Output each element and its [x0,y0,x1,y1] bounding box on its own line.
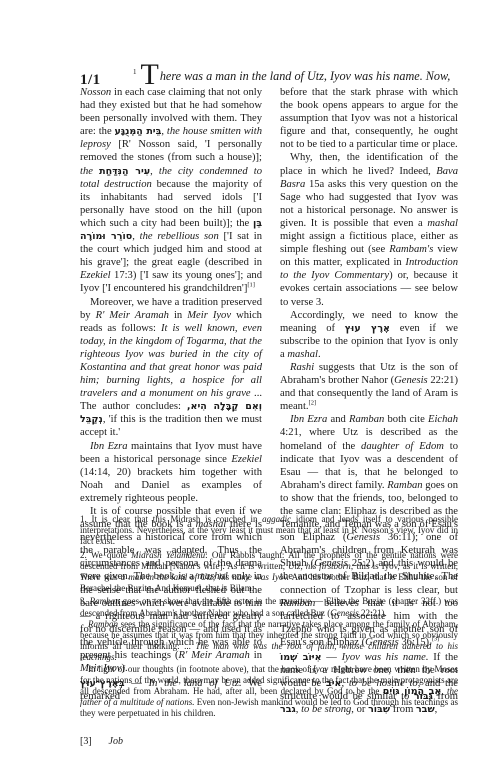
text: Ezekiel [80,270,111,281]
footnote-3-continued-2: In light of our thoughts (in footnote ab… [80,664,458,720]
text: . [318,349,321,360]
text: Rambam's [389,244,433,255]
text: in [169,310,187,321]
hebrew-term: עִיר הַנִּדַּחַת [99,166,150,177]
text: mashal [287,349,318,360]
text: both cite [384,414,428,425]
text: mashal [427,218,458,229]
text: Ramban [88,619,118,629]
footnote-3: 3. Ramban goes on to show that the fifth… [80,596,458,618]
text: Ibn Ezra [290,414,327,425]
paragraph-meaning: Accordingly, we need to know the meaning… [280,309,458,361]
footnotes-section: 1. It is clear that this Midrash is couc… [80,514,458,720]
text: the rebellious son [140,231,219,242]
text: , 'if this is the tradition then we must… [80,414,262,438]
text: this is Iyov, as it is written, [354,561,458,571]
paragraph-ibn-ezra: Ibn Ezra maintains that Iyov must have b… [80,440,262,505]
hebrew-term: בֵּית הַמְּנֻגָּע [115,126,162,137]
verse-number: 1 [133,68,137,76]
text: , [150,166,159,177]
text: Meir Iyov [187,310,231,321]
text: 1. It is clear that this Midrash is couc… [80,514,262,524]
book-title: Job [109,736,123,747]
hebrew-term: אֶרֶץ עוּץ [345,323,390,334]
text: and [327,414,349,425]
footnote-ref[interactable]: [1] [247,282,255,289]
verse-text: here was a man in the land of Utz, Iyov … [160,69,450,83]
text: Ramban [90,596,120,606]
text: There was a man in the land of Utz; his … [80,572,289,582]
paragraph-stark-phrase: before that the stark phrase with which … [280,86,458,151]
text: Iyov [313,664,329,674]
text: Ezekiel [231,454,262,465]
text: 22:21). [359,608,387,618]
page-number: [3] [80,736,106,747]
paragraph-tradition: Moreover, we have a tradition preserved … [80,296,262,440]
text: Ramban [349,414,384,425]
text: In light of our thoughts (in footnote ab… [88,664,313,674]
text: Ramban [387,480,422,491]
footnote-1: 1. It is clear that this Midrash is couc… [80,514,458,548]
text: (14:14, 20) brackets him together with N… [80,467,262,504]
text: daughter of Edom [361,441,444,452]
paragraph-rashi: Rashi suggests that Utz is the son of Ab… [280,361,458,413]
text: , [132,231,139,242]
footnote-3-continued-1: Ramban sees the significance of the fact… [80,619,458,664]
hebrew-term: אַב הֲמוֹן גּוֹיִם [383,686,442,697]
footnote-2: 2. We quote Midrash Yelamdenu: Our Rabbi… [80,550,458,595]
book-page: 1/1 1There was a man in the land of Utz,… [0,0,500,760]
paragraph-nosson: Nosson in each case claiming that not on… [80,86,262,296]
text: Why, then, the identification of the pla… [280,152,458,176]
text: Genesis [394,375,428,386]
text: goes on to show that the fifth actor in … [80,596,458,617]
text: It is well known, even today, in the kin… [80,323,262,399]
text: the [80,166,99,177]
text: Genesis [330,608,359,618]
text: Ibn Ezra [90,441,128,452]
text: aggadic [262,514,291,524]
text: 3. [80,596,90,606]
text: R' Meir Aramah [96,310,169,321]
page-footer: [3] Job [80,736,123,747]
text: Nosson [80,87,111,98]
paragraph-identification: Why, then, the identification of the pla… [280,151,458,308]
footnote-ref[interactable]: [2] [309,400,317,407]
text: Eichah [428,414,458,425]
verse-text-line: 1There was a man in the land of Utz, Iyo… [133,64,450,86]
text: Utz, his firstborn; [288,561,354,571]
text: Rashi [290,362,314,373]
text: before that the stark phrase with which … [280,87,458,150]
text: 2. We quote [80,550,131,560]
text: Midrash Yelamdenu [131,550,205,560]
